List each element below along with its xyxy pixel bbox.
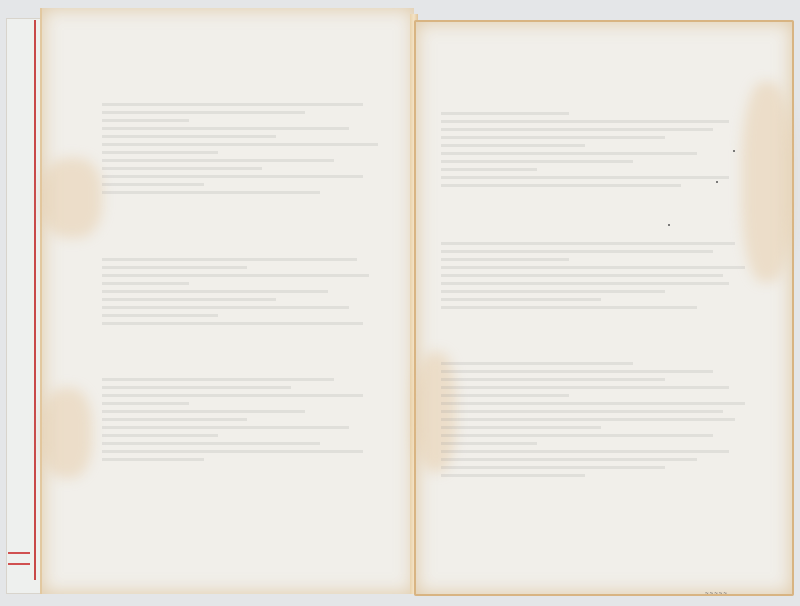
spine-red-line [34, 20, 36, 580]
handwriting-mark: ~~~~~ [705, 590, 728, 597]
left-page [40, 8, 414, 594]
ribbon-mark [8, 552, 30, 554]
right-page [414, 20, 794, 596]
back-cover [6, 18, 44, 594]
left-page-text-block [102, 103, 392, 199]
right-page-text-block [441, 112, 761, 192]
ribbon-mark [8, 563, 30, 565]
